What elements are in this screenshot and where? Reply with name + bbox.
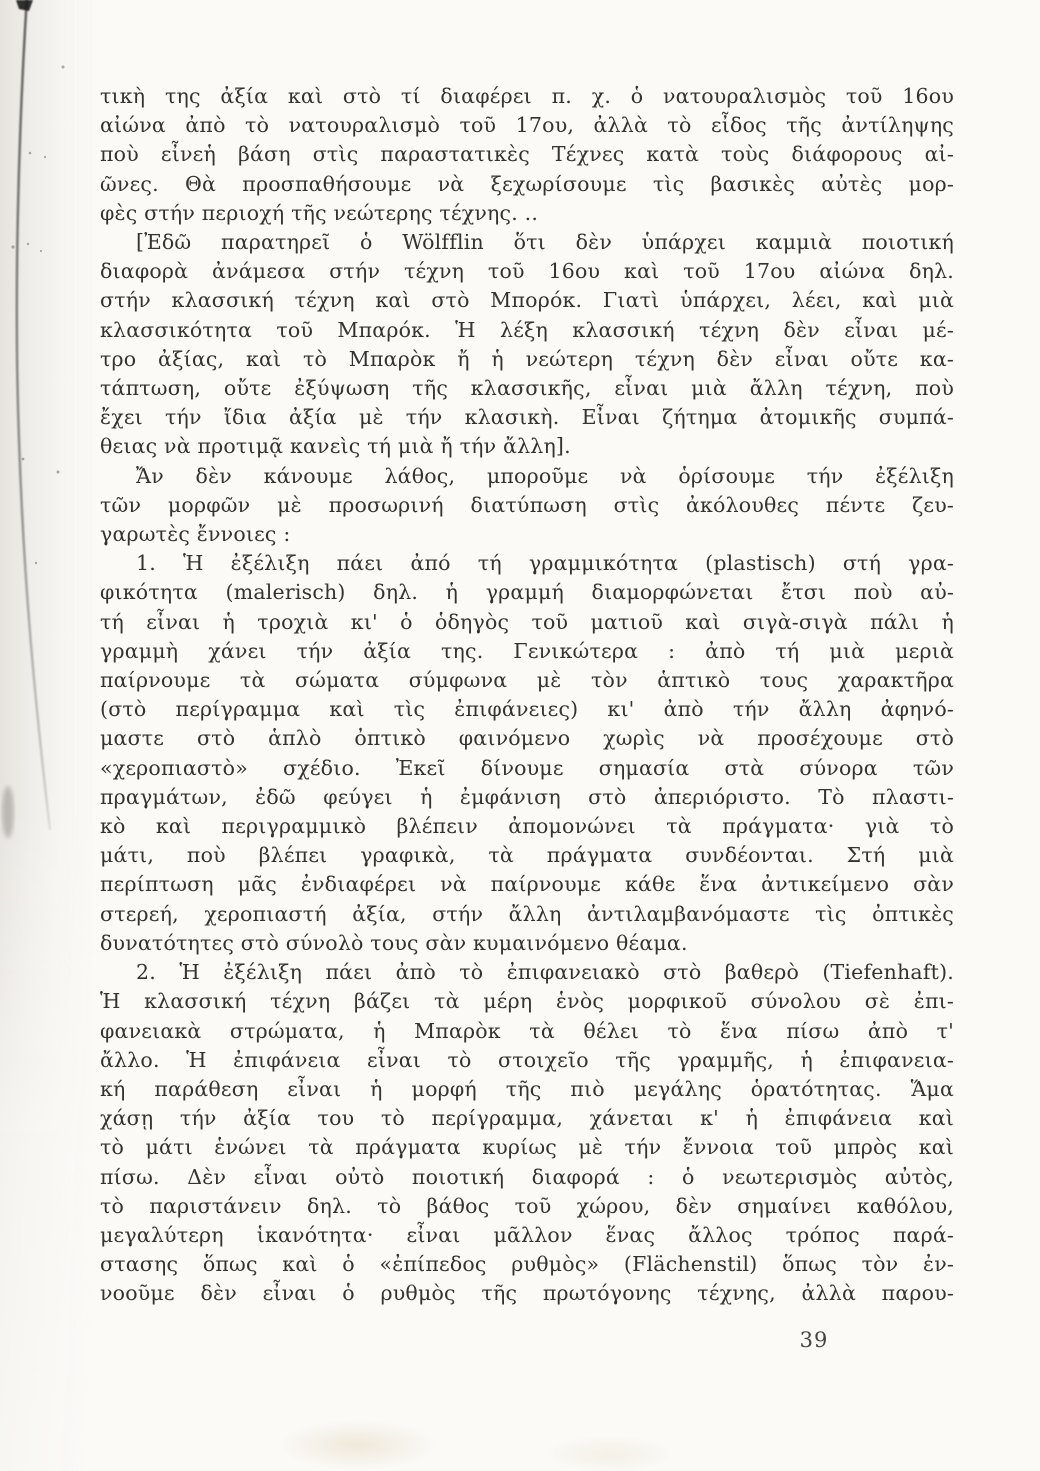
book-page: τικὴ της ἀξία καὶ στὸ τί διαφέρει π. χ. …: [0, 0, 1040, 1471]
text-line: στήν κλασσική τέχνη καὶ στὸ Μπορόκ. Γιατ…: [100, 286, 954, 315]
text-line: θειας νὰ προτιμᾷ κανεὶς τή μιὰ ἤ τήν ἄλλ…: [100, 432, 954, 461]
text-line: 1. Ἡ ἐξέλιξη πάει ἀπό τή γραμμικότητα (p…: [100, 549, 954, 578]
page-number: 39: [778, 1328, 850, 1352]
text-line: Ἡ κλασσική τέχνη βάζει τὰ μέρη ἑνὸς μορφ…: [100, 987, 954, 1016]
text-line: τή εἶναι ἡ τροχιὰ κι' ὁ ὁδηγὸς τοῦ ματιο…: [100, 608, 954, 637]
text-line: γαρωτὲς ἔννοιες :: [100, 520, 954, 549]
text-line: νοοῦμε δὲν εἶναι ὁ ρυθμὸς τῆς πρωτόγονης…: [100, 1279, 954, 1308]
paragraph: [Ἐδῶ παρατηρεῖ ὁ Wölfflin ὅτι δὲν ὑπάρχε…: [100, 228, 954, 462]
text-line: τῶν μορφῶν μὲ προσωρινή διατύπωση στὶς ἀ…: [100, 491, 954, 520]
text-line: «χεροπιαστὸ» σχέδιο. Ἐκεῖ δίνουμε σημασί…: [100, 754, 954, 783]
text-line: ἄλλο. Ἡ ἐπιφάνεια εἶναι τὸ στοιχεῖο τῆς …: [100, 1046, 954, 1075]
text-line: τὸ παριστάνειν δηλ. τὸ βάθος τοῦ χώρου, …: [100, 1192, 954, 1221]
text-block: τικὴ της ἀξία καὶ στὸ τί διαφέρει π. χ. …: [100, 82, 954, 1309]
text-line: διαφορὰ ἀνάμεσα στήν τέχνη τοῦ 16ου καὶ …: [100, 257, 954, 286]
text-line: μάτι, ποὺ βλέπει γραφικὰ, τὰ πράγματα συ…: [100, 841, 954, 870]
text-line: αἰώνα ἀπὸ τὸ νατουραλισμὸ τοῦ 17ου, ἀλλὰ…: [100, 111, 954, 140]
text-line: τρο ἀξίας, καὶ τὸ Μπαρὸκ ἤ ἡ νεώτερη τέχ…: [100, 345, 954, 374]
text-line: φανειακὰ στρώματα, ἡ Μπαρὸκ τὰ θέλει τὸ …: [100, 1017, 954, 1046]
text-line: φικότητα (malerisch) δηλ. ἡ γραμμή διαμο…: [100, 578, 954, 607]
text-line: (στὸ περίγραμμα καὶ τὶς ἐπιφάνειες) κι' …: [100, 695, 954, 724]
paragraph: 1. Ἡ ἐξέλιξη πάει ἀπό τή γραμμικότητα (p…: [100, 549, 954, 958]
page-edge-shadow: [0, 0, 96, 1471]
text-line: μαστε στὸ ἁπλὸ ὀπτικὸ φαινόμενο χωρὶς νὰ…: [100, 724, 954, 753]
text-line: γραμμὴ χάνει τήν ἀξία της. Γενικώτερα : …: [100, 637, 954, 666]
text-line: κή παράθεση εἶναι ἡ μορφή τῆς πιὸ μεγάλη…: [100, 1075, 954, 1104]
paper-stain: [545, 1435, 675, 1471]
paragraph: τικὴ της ἀξία καὶ στὸ τί διαφέρει π. χ. …: [100, 82, 954, 228]
text-line: [Ἐδῶ παρατηρεῖ ὁ Wölfflin ὅτι δὲν ὑπάρχε…: [100, 228, 954, 257]
paragraph: Ἄν δὲν κάνουμε λάθος, μποροῦμε νὰ ὁρίσου…: [100, 462, 954, 550]
text-line: παίρνουμε τὰ σώματα σύμφωνα μὲ τὸν ἁπτικ…: [100, 666, 954, 695]
text-line: στασης ὅπως καὶ ὁ «ἐπίπεδος ρυθμὸς» (Flä…: [100, 1250, 954, 1279]
text-line: περίπτωση μᾶς ἐνδιαφέρει νὰ παίρνουμε κά…: [100, 870, 954, 899]
text-line: τὸ μάτι ἑνώνει τὰ πράγματα κυρίως μὲ τήν…: [100, 1133, 954, 1162]
text-line: τάπτωση, οὔτε ἐξύψωση τῆς κλασσικῆς, εἶν…: [100, 374, 954, 403]
text-line: πίσω. Δὲν εἶναι οὐτὸ ποιοτική διαφορά : …: [100, 1163, 954, 1192]
paragraph: 2. Ἡ ἐξέλιξη πάει ἀπὸ τὸ ἐπιφανειακὸ στὸ…: [100, 958, 954, 1308]
text-line: ποὺ εἶνεἡ βάση στὶς παραστατικὲς Τέχνες …: [100, 140, 954, 169]
text-line: κλασσικότητα τοῦ Μπαρόκ. Ἡ λέξη κλασσική…: [100, 316, 954, 345]
text-line: ῶνες. Θὰ προσπαθήσουμε νὰ ξεχωρίσουμε τὶ…: [100, 170, 954, 199]
text-line: μεγαλύτερη ἱκανότητα· εἶναι μᾶλλον ἕνας …: [100, 1221, 954, 1250]
paper-stain: [278, 1420, 438, 1470]
text-line: 2. Ἡ ἐξέλιξη πάει ἀπὸ τὸ ἐπιφανειακὸ στὸ…: [100, 958, 954, 987]
text-line: πραγμάτων, ἐδῶ φεύγει ἡ ἐμφάνιση στὸ ἀπε…: [100, 783, 954, 812]
text-line: Ἄν δὲν κάνουμε λάθος, μποροῦμε νὰ ὁρίσου…: [100, 462, 954, 491]
text-line: χάσῃ τήν ἀξία του τὸ περίγραμμα, χάνεται…: [100, 1104, 954, 1133]
text-line: ἔχει τήν ἴδια ἀξία μὲ τήν κλασικὴ. Εἶναι…: [100, 403, 954, 432]
text-line: κὸ καὶ περιγραμμικὸ βλέπειν ἀπομονώνει τ…: [100, 812, 954, 841]
text-line: στερεή, χεροπιαστή ἀξία, στήν ἄλλη ἀντιλ…: [100, 900, 954, 929]
text-line: δυνατότητες στὸ σύνολὸ τους σὰν κυμαινόμ…: [100, 929, 954, 958]
text-line: τικὴ της ἀξία καὶ στὸ τί διαφέρει π. χ. …: [100, 82, 954, 111]
text-line: φὲς στήν περιοχή τῆς νεώτερης τέχνης. ..: [100, 199, 954, 228]
